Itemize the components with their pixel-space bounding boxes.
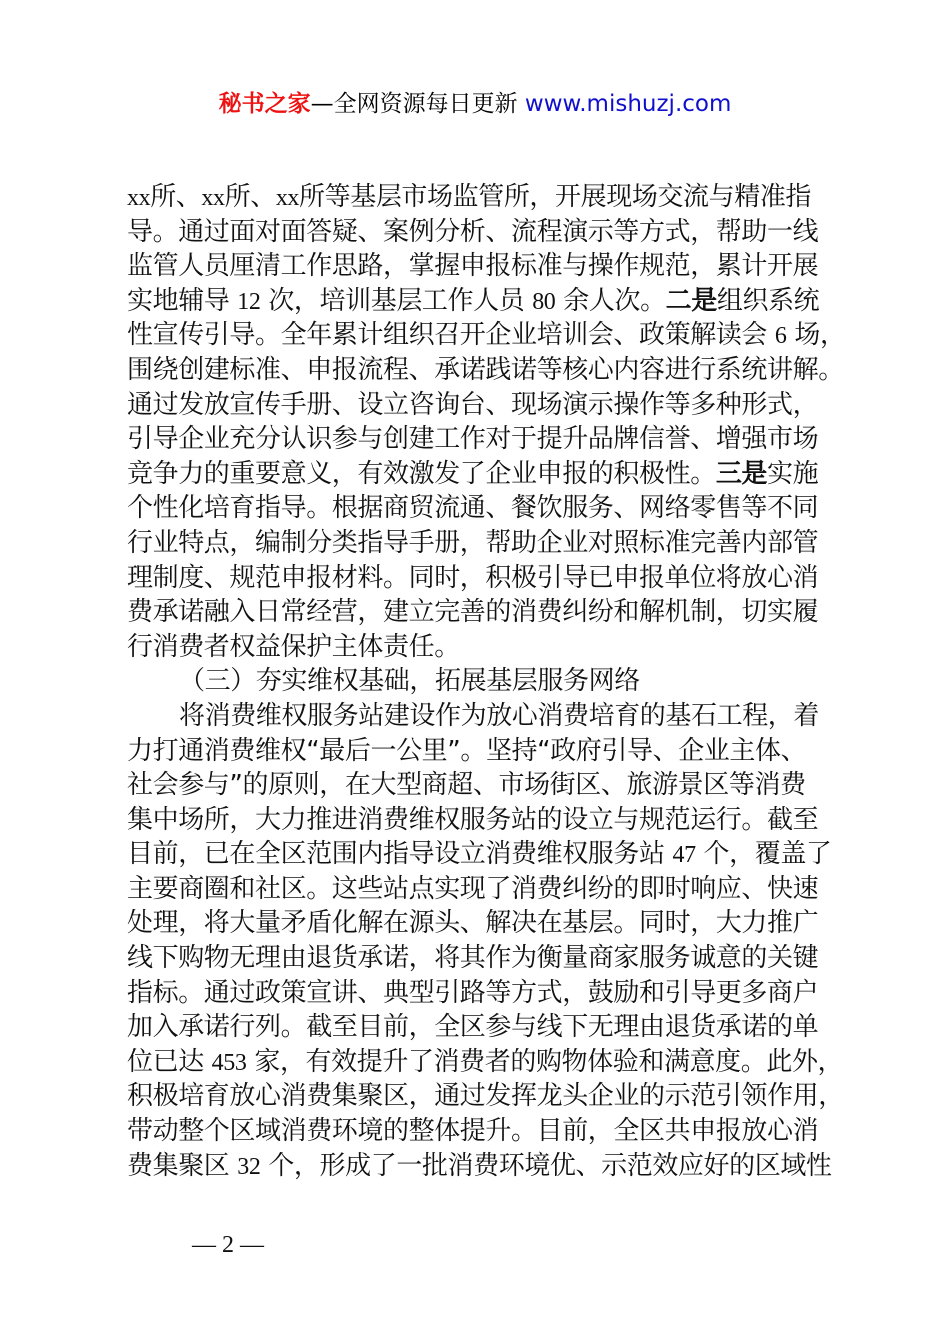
text-line: 积极培育放心消费集聚区，通过发挥龙头企业的示范引领作用，: [127, 1079, 839, 1114]
page-number: — 2 —: [192, 1232, 264, 1259]
text-line: 目前，已在全区范围内指导设立消费维权服务站 47 个，覆盖了: [127, 837, 839, 872]
text-line: 理制度、规范申报材料。同时，积极引导已申报单位将放心消: [127, 561, 839, 596]
text-line: 指标。通过政策宣讲、典型引路等方式，鼓励和引导更多商户: [127, 976, 839, 1011]
text-line: 集中场所，大力推进消费维权服务站的设立与规范运行。截至: [127, 803, 839, 838]
text-line: 主要商圈和社区。这些站点实现了消费纠纷的即时响应、快速: [127, 872, 839, 907]
text-line: 加入承诺行列。截至目前，全区参与线下无理由退货承诺的单: [127, 1010, 839, 1045]
text-line: 通过发放宣传手册、设立咨询台、现场演示操作等多种形式，: [127, 388, 839, 423]
text-line: 监管人员厘清工作思路，掌握申报标准与操作规范，累计开展: [127, 249, 839, 284]
text-line: 性宣传引导。全年累计组织召开企业培训会、政策解读会 6 场，: [127, 318, 839, 353]
text-line: 带动整个区域消费环境的整体提升。目前，全区共申报放心消: [127, 1114, 839, 1149]
text-line: 线下购物无理由退货承诺，将其作为衡量商家服务诚意的关键: [127, 941, 839, 976]
brand-name: 秘书之家: [219, 91, 311, 117]
text-line: 引导企业充分认识参与创建工作对于提升品牌信誉、增强市场: [127, 422, 839, 457]
site-header: 秘书之家—全网资源每日更新 www.mishuzj.com: [0, 86, 950, 122]
text-line: 费承诺融入日常经营，建立完善的消费纠纷和解机制，切实履: [127, 595, 839, 630]
text-line: xx所、xx所、xx所等基层市场监管所，开展现场交流与精准指: [127, 180, 839, 215]
site-url[interactable]: www.mishuzj.com: [525, 91, 731, 117]
text-line: 围绕创建标准、申报流程、承诺践诺等核心内容进行系统讲解。: [127, 353, 839, 388]
text-line: 将消费维权服务站建设作为放心消费培育的基石工程，着: [127, 699, 839, 734]
text-line: 行消费者权益保护主体责任。: [127, 630, 839, 665]
text-line: 社会参与”的原则，在大型商超、市场街区、旅游景区等消费: [127, 768, 839, 803]
text-line: 力打通消费维权“最后一公里”。坚持“政府引导、企业主体、: [127, 734, 839, 769]
text-line: 实地辅导 12 次，培训基层工作人员 80 余人次。二是组织系统: [127, 284, 839, 319]
document-body: xx所、xx所、xx所等基层市场监管所，开展现场交流与精准指 导。通过面对面答疑…: [127, 180, 839, 1183]
text-line: 导。通过面对面答疑、案例分析、流程演示等方式，帮助一线: [127, 215, 839, 250]
section-heading: （三）夯实维权基础，拓展基层服务网络: [127, 664, 839, 699]
header-tagline: —全网资源每日更新: [311, 91, 525, 117]
text-line: 竞争力的重要意义，有效激发了企业申报的积极性。三是实施: [127, 457, 839, 492]
emphasis-label: 二是: [666, 286, 717, 316]
text-line: 行业特点，编制分类指导手册，帮助企业对照标准完善内部管: [127, 526, 839, 561]
text-line: 个性化培育指导。根据商贸流通、餐饮服务、网络零售等不同: [127, 491, 839, 526]
text-line: 位已达 453 家，有效提升了消费者的购物体验和满意度。此外，: [127, 1045, 839, 1080]
emphasis-label: 三是: [716, 459, 767, 489]
text-line: 费集聚区 32 个，形成了一批消费环境优、示范效应好的区域性: [127, 1149, 839, 1184]
text-line: 处理，将大量矛盾化解在源头、解决在基层。同时，大力推广: [127, 906, 839, 941]
